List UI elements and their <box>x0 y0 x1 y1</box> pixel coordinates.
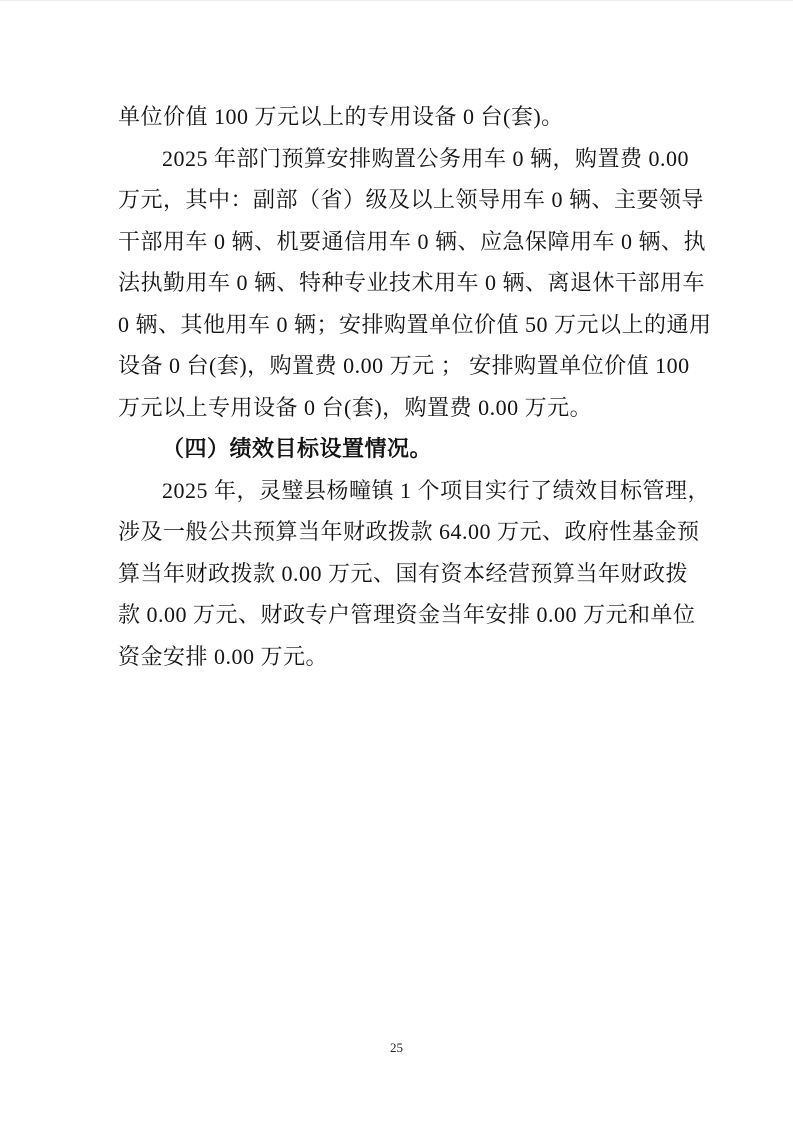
paragraph-line: 涉及一般公共预算当年财政拨款 64.00 万元、政府性基金预 <box>118 511 676 553</box>
document-text: 单位价值 100 万元以上的专用设备 0 台(套)。 2025 年部门预算安排购… <box>118 96 676 677</box>
paragraph-line: 万元，其中：副部（省）级及以上领导用车 0 辆、主要领导 <box>118 179 676 221</box>
paragraph-line: 法执勤用车 0 辆、特种专业技术用车 0 辆、离退休干部用车 <box>118 262 676 304</box>
paragraph-line: 资金安排 0.00 万元。 <box>118 636 676 678</box>
page-number: 25 <box>390 1040 403 1055</box>
paragraph-line: 单位价值 100 万元以上的专用设备 0 台(套)。 <box>118 96 676 138</box>
paragraph-line: 0 辆、其他用车 0 辆；安排购置单位价值 50 万元以上的通用 <box>118 304 676 346</box>
paragraph-line: 2025 年，灵璧县杨疃镇 1 个项目实行了绩效目标管理， <box>118 470 676 512</box>
paragraph-line: 算当年财政拨款 0.00 万元、国有资本经营预算当年财政拨 <box>118 553 676 595</box>
paragraph-line: 2025 年部门预算安排购置公务用车 0 辆，购置费 0.00 <box>118 138 676 180</box>
page-footer: 25 <box>0 1039 793 1057</box>
paragraph-line: 款 0.00 万元、财政专户管理资金当年安排 0.00 万元和单位 <box>118 594 676 636</box>
paragraph-line: 干部用车 0 辆、机要通信用车 0 辆、应急保障用车 0 辆、执 <box>118 221 676 263</box>
paragraph-line: 设备 0 台(套)，购置费 0.00 万元 ； 安排购置单位价值 100 <box>118 345 676 387</box>
section-heading: （四）绩效目标设置情况。 <box>118 428 676 470</box>
paragraph-line: 万元以上专用设备 0 台(套)，购置费 0.00 万元。 <box>118 387 676 429</box>
